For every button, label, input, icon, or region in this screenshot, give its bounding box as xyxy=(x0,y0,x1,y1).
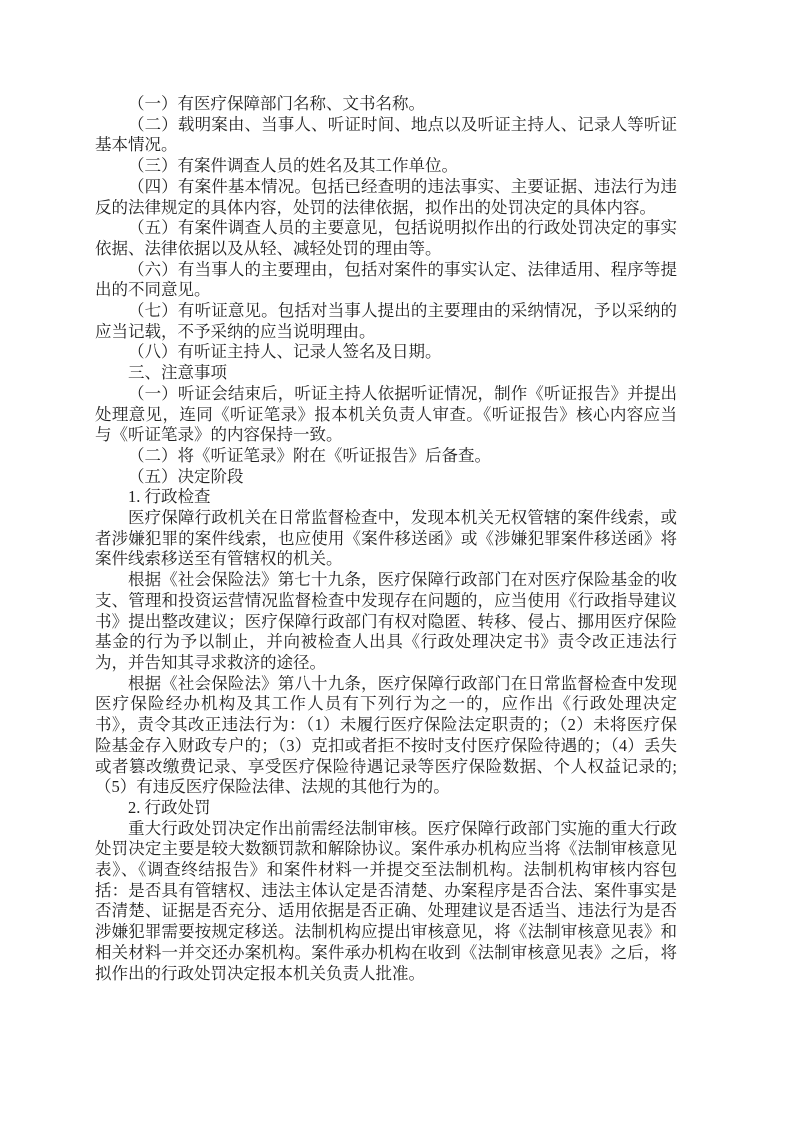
heading-admin-inspection: 1. 行政检查 xyxy=(95,487,677,508)
hearing-record-item-6: （六）有当事人的主要理由，包括对案件的事实认定、法律适用、程序等提出的不同意见。 xyxy=(95,260,677,301)
heading-notes-section: 三、注意事项 xyxy=(95,363,677,384)
hearing-record-item-8: （八）有听证主持人、记录人签名及日期。 xyxy=(95,342,677,363)
inspection-paragraph-2: 根据《社会保险法》第七十九条，医疗保障行政部门在对医疗保险基金的收支、管理和投资… xyxy=(95,570,677,674)
hearing-record-item-4: （四）有案件基本情况。包括已经查明的违法事实、主要证据、违法行为违反的法律规定的… xyxy=(95,177,677,218)
document-text-block: （一）有医疗保障部门名称、文书名称。 （二）载明案由、当事人、听证时间、地点以及… xyxy=(95,94,677,984)
hearing-record-item-7: （七）有听证意见。包括对当事人提出的主要理由的采纳情况，予以采纳的应当记载，不予… xyxy=(95,301,677,342)
document-page: （一）有医疗保障部门名称、文书名称。 （二）载明案由、当事人、听证时间、地点以及… xyxy=(0,0,793,1122)
hearing-record-item-3: （三）有案件调查人员的姓名及其工作单位。 xyxy=(95,156,677,177)
inspection-paragraph-1: 医疗保障行政机关在日常监督检查中，发现本机关无权管辖的案件线索，或者涉嫌犯罪的案… xyxy=(95,508,677,570)
hearing-record-item-1: （一）有医疗保障部门名称、文书名称。 xyxy=(95,94,677,115)
notes-item-2: （二）将《听证笔录》附在《听证报告》后备查。 xyxy=(95,446,677,467)
inspection-paragraph-3: 根据《社会保险法》第八十九条，医疗保障行政部门在日常监督检查中发现医疗保险经办机… xyxy=(95,674,677,798)
hearing-record-item-5: （五）有案件调查人员的主要意见，包括说明拟作出的行政处罚决定的事实依据、法律依据… xyxy=(95,218,677,259)
penalty-paragraph-1: 重大行政处罚决定作出前需经法制审核。医疗保障行政部门实施的重大行政处罚决定主要是… xyxy=(95,819,677,985)
heading-admin-penalty: 2. 行政处罚 xyxy=(95,798,677,819)
hearing-record-item-2: （二）载明案由、当事人、听证时间、地点以及听证主持人、记录人等听证基本情况。 xyxy=(95,115,677,156)
notes-item-1: （一）听证会结束后，听证主持人依据听证情况，制作《听证报告》并提出处理意见，连同… xyxy=(95,384,677,446)
heading-decision-stage: （五）决定阶段 xyxy=(95,467,677,488)
